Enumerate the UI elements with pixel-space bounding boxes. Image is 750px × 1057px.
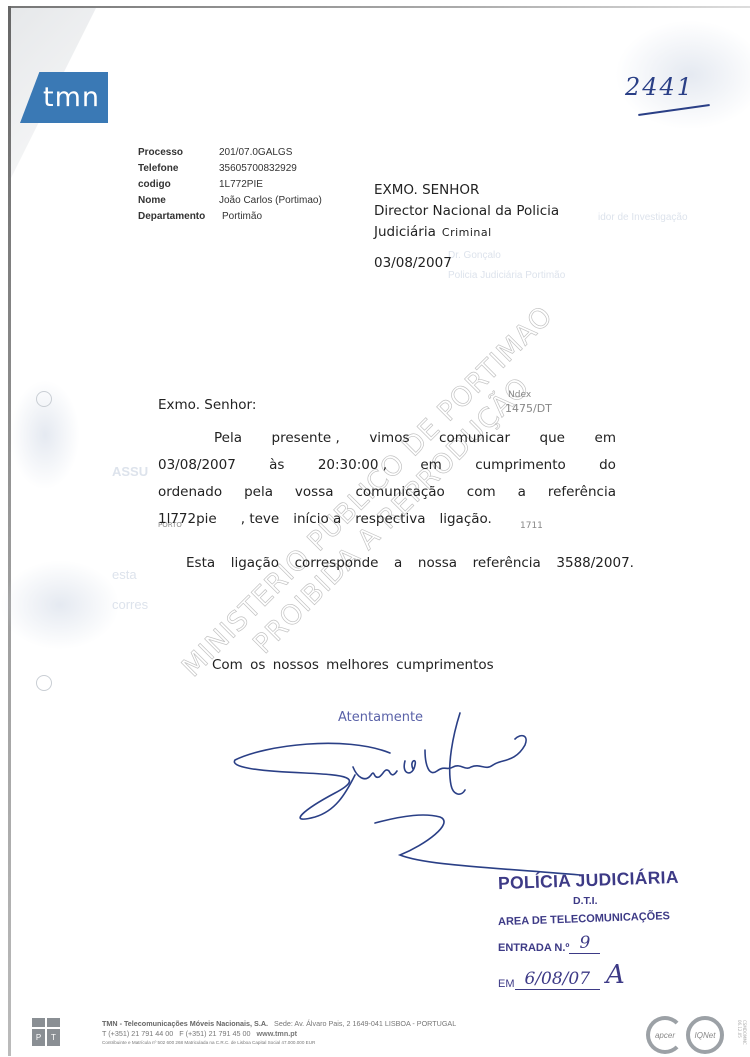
handwritten-number: 2441: [625, 73, 694, 101]
entry-date: 6/08/07: [515, 969, 601, 990]
stamp-unit: D.T.I.: [573, 895, 679, 907]
addressee-title: EXMO. SENHOR: [374, 180, 559, 201]
info-value: 1L772PIE: [219, 177, 263, 193]
body-line: 1l772pie , teve início a respectiva liga…: [158, 500, 616, 527]
footer: TMN - Telecomunicações Móveis Nacionais,…: [102, 1019, 456, 1045]
word: do: [599, 457, 616, 473]
body-line: Pela presente , vimos comunicar que em: [158, 419, 616, 446]
stamp-entrada: ENTRADA N.º 9: [498, 933, 679, 954]
info-value: Portimão: [222, 209, 262, 225]
connection-date: 03/08/2007: [158, 457, 236, 473]
case-info-block: Processo201/07.0GALGS Telefone3560570083…: [138, 145, 322, 225]
company-website: www.tmn.pt: [257, 1029, 297, 1038]
info-row-processo: Processo201/07.0GALGS: [138, 145, 322, 161]
word: início a: [293, 511, 341, 527]
faint-bg-text: esta: [112, 567, 137, 582]
word: referência: [548, 484, 616, 500]
word: comunicação: [355, 484, 444, 500]
footer-legal: Contribuinte e Matrícula nº 502 600 268 …: [102, 1040, 456, 1045]
info-row-codigo: codigo1L772PIE: [138, 177, 322, 193]
word: com: [467, 484, 496, 500]
word: a: [518, 484, 526, 500]
word: a: [394, 555, 402, 571]
closing-line: Com os nossos melhores cumprimentos: [212, 657, 494, 673]
word: , teve: [241, 511, 279, 527]
info-row-nome: NomeJoão Carlos (Portimao): [138, 193, 322, 209]
word: ordenado: [158, 484, 222, 500]
info-key: Telefone: [138, 161, 219, 177]
word: ligação: [231, 555, 279, 571]
pt-logo-cell: [32, 1018, 45, 1027]
scan-edge-left: [8, 6, 11, 1056]
stamp-title: POLÍCIA JUDICIÁRIA: [498, 867, 679, 894]
tmn-reference-number: 3588/2007.: [556, 555, 634, 571]
pt-logo-cell: [47, 1018, 60, 1027]
reception-stamp: POLÍCIA JUDICIÁRIA D.T.I. AREA DE TELECO…: [498, 870, 679, 990]
punch-hole-icon: [36, 675, 52, 691]
faint-assunto-text: ASSU: [112, 464, 148, 479]
word: presente ,: [272, 430, 340, 446]
letter-body: Exmo. Senhor: Pela presente , vimos comu…: [158, 393, 616, 527]
word: nossa: [418, 555, 457, 571]
scan-smudge: [0, 560, 120, 650]
info-row-departamento: DepartamentoPortimão: [138, 209, 322, 225]
apcer-certification-icon: apcer: [646, 1016, 684, 1054]
info-value: 35605700832929: [219, 161, 297, 177]
scan-edge-top: [10, 6, 750, 8]
word: às: [269, 457, 284, 473]
addressee-line: JudiciáriaCriminal: [374, 222, 559, 243]
word: comunicar: [439, 430, 510, 446]
word: Pela: [214, 430, 242, 446]
faint-stamp-text: idor de Investigação: [598, 212, 688, 223]
initials: A: [606, 960, 625, 990]
addressee-overlay: Criminal: [442, 226, 492, 239]
footer-line-1: TMN - Telecomunicações Móveis Nacionais,…: [102, 1019, 456, 1028]
punch-hole-icon: [36, 391, 52, 407]
info-key: codigo: [138, 177, 219, 193]
word: cumprimento: [475, 457, 566, 473]
form-code: CSMDOMMC 06.12.05: [737, 1020, 747, 1057]
word: vimos: [369, 430, 409, 446]
word: pela: [244, 484, 273, 500]
addressee-line: Director Nacional da Policia: [374, 201, 559, 222]
reference-code: 1l772pie: [158, 511, 217, 527]
addressee-block: EXMO. SENHOR Director Nacional da Polici…: [374, 180, 559, 274]
company-address: Sede: Av. Álvaro Pais, 2 1649-041 LISBOA…: [274, 1019, 456, 1028]
pt-logo: P T: [32, 1018, 60, 1046]
cert-label: IQNet: [695, 1031, 716, 1040]
company-fax: F (+351) 21 791 45 00: [179, 1029, 250, 1038]
word: ligação.: [439, 511, 491, 527]
word: respectiva: [355, 511, 425, 527]
body-line: ordenado pela vossa comunicação com a re…: [158, 473, 616, 500]
connection-time: 20:30:00 ,: [318, 457, 387, 473]
info-key: Nome: [138, 193, 219, 209]
stamp-area: AREA DE TELECOMUNICAÇÕES: [498, 910, 679, 928]
company-phone: T (+351) 21 791 44 00: [102, 1029, 173, 1038]
info-key: Departamento: [138, 209, 219, 225]
word: referência: [473, 555, 541, 571]
greeting-text: Exmo. Senhor:: [158, 397, 256, 413]
iqnet-certification-icon: IQNet: [686, 1016, 724, 1054]
word: em: [420, 457, 441, 473]
info-value: 201/07.0GALGS: [219, 145, 292, 161]
word: corresponde: [295, 555, 379, 571]
body-line-reference: Esta ligação corresponde a nossa referên…: [186, 555, 634, 571]
word: em: [595, 430, 616, 446]
word: que: [540, 430, 565, 446]
word: vossa: [295, 484, 334, 500]
word: Esta: [186, 555, 215, 571]
pt-logo-cell: T: [47, 1029, 60, 1047]
info-key: Processo: [138, 145, 219, 161]
em-label: EM: [498, 978, 515, 990]
greeting: Exmo. Senhor:: [158, 393, 616, 413]
footer-line-2: T (+351) 21 791 44 00 F (+351) 21 791 45…: [102, 1029, 456, 1038]
faint-bg-text: corres: [112, 597, 148, 612]
company-name: TMN - Telecomunicações Móveis Nacionais,…: [102, 1019, 268, 1028]
info-row-telefone: Telefone35605700832929: [138, 161, 322, 177]
info-value: João Carlos (Portimao): [219, 193, 322, 209]
addressee-org: Judiciária: [374, 224, 436, 240]
letter-date: 03/08/2007: [374, 253, 559, 274]
logo-text: tmn: [43, 82, 100, 113]
stamp-date: EM 6/08/07 A: [498, 960, 679, 990]
signature-icon: [225, 705, 585, 880]
pt-logo-cell: P: [32, 1029, 45, 1047]
entrada-number: 9: [569, 933, 600, 954]
entrada-label: ENTRADA N.º: [498, 942, 569, 954]
cert-label: apcer: [655, 1031, 675, 1040]
body-line: 03/08/2007 às 20:30:00 , em cumprimento …: [158, 446, 616, 473]
